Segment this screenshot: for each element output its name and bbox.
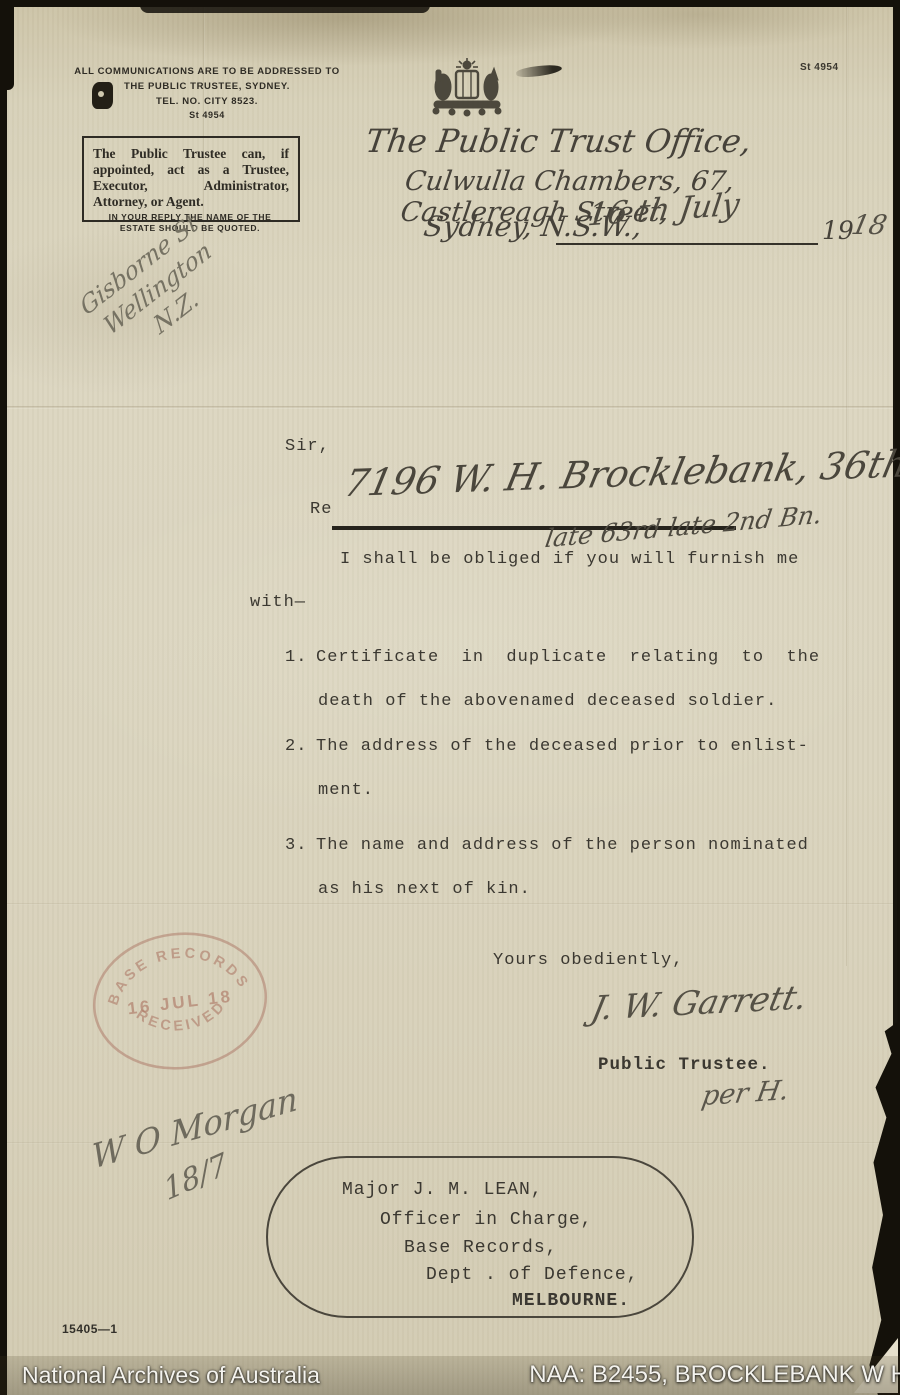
- closing: Yours obediently,: [493, 951, 683, 970]
- per-annotation: per H.: [699, 1075, 791, 1113]
- scan-edge-top-patch: [140, 0, 430, 13]
- body-paragraph1: I shall be obliged if you will furnish m…: [340, 550, 799, 569]
- recipient-line3: Base Records,: [404, 1238, 557, 1258]
- scan-edge-corner: [0, 0, 14, 90]
- office-name: The Public Trust Office,: [363, 122, 753, 160]
- punch-hole: [98, 91, 104, 97]
- recipient-line5: MELBOURNE.: [512, 1291, 630, 1311]
- item1-number: 1.: [285, 648, 307, 667]
- scan-edge-top: [0, 0, 900, 7]
- scan-edge-left: [0, 0, 7, 1395]
- handwritten-year: 18: [849, 210, 890, 241]
- form-ref-top-right: St 4954: [800, 62, 839, 73]
- signature-title: Public Trustee.: [598, 1055, 771, 1075]
- re-label: Re: [310, 500, 332, 519]
- archive-caption-bar: National Archives of Australia NAA: B245…: [0, 1356, 900, 1395]
- item1-line2: death of the abovenamed deceased soldier…: [318, 692, 777, 711]
- communications-ref: St 4954: [72, 110, 342, 120]
- item2-line1: The address of the deceased prior to enl…: [316, 737, 809, 756]
- item1-line1: Certificate in duplicate relating to the: [316, 648, 820, 667]
- print-code: 15405—1: [62, 1322, 118, 1336]
- archive-reference: NAA: B2455, BROCKLEBANK W H: [529, 1361, 900, 1389]
- recipient-line1: Major J. M. LEAN,: [342, 1180, 543, 1200]
- recipient-block: Major J. M. LEAN, Officer in Charge, Bas…: [266, 1156, 694, 1318]
- received-stamp: BASE RECORDS 16 JUL 18 RECEIVED: [80, 917, 280, 1084]
- item3-line1: The name and address of the person nomin…: [316, 836, 809, 855]
- trustee-capability-text: The Public Trustee can, if appointed, ac…: [93, 146, 289, 209]
- document-scan: ALL COMMUNICATIONS ARE TO BE ADDRESSED T…: [0, 0, 900, 1395]
- coat-of-arms: [428, 56, 506, 118]
- item2-number: 2.: [285, 737, 307, 756]
- salutation: Sir,: [285, 437, 330, 456]
- body-paragraph1b: with—: [250, 593, 306, 612]
- item3-number: 3.: [285, 836, 307, 855]
- item2-line2: ment.: [318, 781, 374, 800]
- date-underline: [556, 243, 818, 245]
- item3-line2: as his next of kin.: [318, 880, 531, 899]
- archive-name: National Archives of Australia: [22, 1362, 320, 1389]
- recipient-line2: Officer in Charge,: [380, 1210, 592, 1230]
- communications-line1: ALL COMMUNICATIONS ARE TO BE ADDRESSED T…: [72, 66, 342, 77]
- recipient-line4: Dept . of Defence,: [426, 1265, 638, 1285]
- ink-blot: [92, 82, 113, 109]
